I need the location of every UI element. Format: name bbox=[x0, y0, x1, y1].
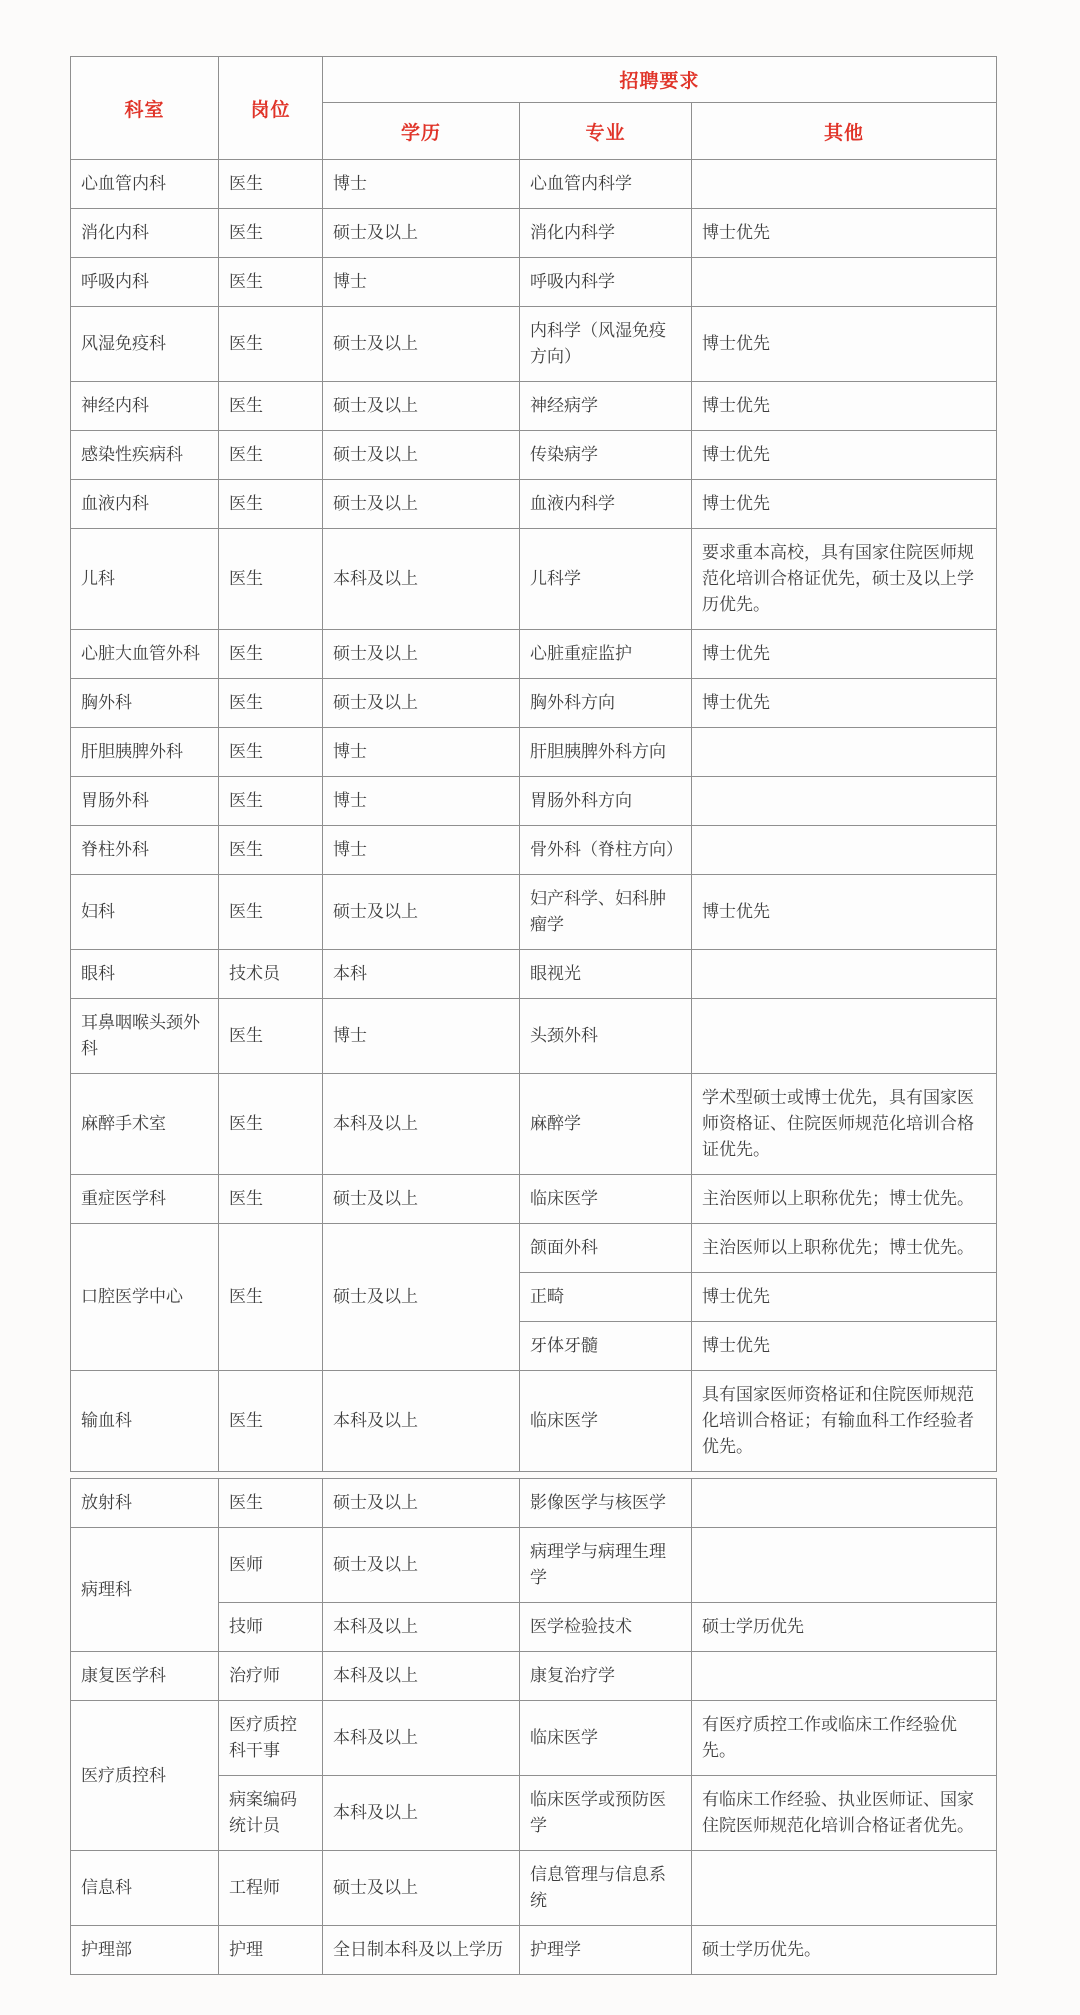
table-cell: 医生 bbox=[219, 382, 323, 431]
table-cell: 医生 bbox=[219, 875, 323, 950]
table-cell: 眼科 bbox=[71, 950, 219, 999]
table-cell: 胸外科方向 bbox=[520, 679, 692, 728]
table-cell: 病理科 bbox=[71, 1528, 219, 1652]
table-cell: 医生 bbox=[219, 1371, 323, 1472]
table-cell: 博士优先 bbox=[692, 679, 997, 728]
table-cell: 博士 bbox=[323, 258, 520, 307]
table-cell: 硕士及以上 bbox=[323, 875, 520, 950]
table-cell: 硕士及以上 bbox=[323, 1175, 520, 1224]
table-row: 重症医学科医生硕士及以上临床医学主治医师以上职称优先；博士优先。 bbox=[71, 1175, 997, 1224]
table-cell: 牙体牙髓 bbox=[520, 1322, 692, 1371]
table-cell: 消化内科 bbox=[71, 209, 219, 258]
table-cell: 护理部 bbox=[71, 1926, 219, 1975]
table-row: 耳鼻咽喉头颈外科医生博士头颈外科 bbox=[71, 999, 997, 1074]
table-cell: 博士 bbox=[323, 826, 520, 875]
table-cell: 博士 bbox=[323, 160, 520, 209]
table-cell: 妇产科学、妇科肿瘤学 bbox=[520, 875, 692, 950]
table-cell: 信息管理与信息系统 bbox=[520, 1851, 692, 1926]
table-cell: 临床医学 bbox=[520, 1175, 692, 1224]
table-cell: 本科及以上 bbox=[323, 529, 520, 630]
table-cell: 医疗质控科 bbox=[71, 1701, 219, 1851]
table-row: 眼科技术员本科眼视光 bbox=[71, 950, 997, 999]
header-other: 其他 bbox=[692, 103, 997, 160]
table-row: 心血管内科医生博士心血管内科学 bbox=[71, 160, 997, 209]
table-cell: 医学检验技术 bbox=[520, 1603, 692, 1652]
table-cell: 硕士及以上 bbox=[323, 1851, 520, 1926]
table-cell: 儿科学 bbox=[520, 529, 692, 630]
table-row: 输血科医生本科及以上临床医学具有国家医师资格证和住院医师规范化培训合格证；有输血… bbox=[71, 1371, 997, 1472]
table-cell: 正畸 bbox=[520, 1273, 692, 1322]
table-cell bbox=[692, 950, 997, 999]
table-cell: 硕士及以上 bbox=[323, 679, 520, 728]
table-cell: 骨外科（脊柱方向） bbox=[520, 826, 692, 875]
table-cell: 心血管内科学 bbox=[520, 160, 692, 209]
table-cell: 博士优先 bbox=[692, 1273, 997, 1322]
table-row: 消化内科医生硕士及以上消化内科学博士优先 bbox=[71, 209, 997, 258]
table-row: 放射科医生硕士及以上影像医学与核医学 bbox=[71, 1479, 997, 1528]
table-cell: 硕士及以上 bbox=[323, 382, 520, 431]
header-requirements-group: 招聘要求 bbox=[323, 57, 997, 103]
table-cell bbox=[692, 1528, 997, 1603]
header-position: 岗位 bbox=[219, 57, 323, 160]
table-header: 科室 岗位 招聘要求 学历 专业 其他 bbox=[71, 57, 997, 160]
table-cell: 肝胆胰脾外科 bbox=[71, 728, 219, 777]
table-cell: 博士优先 bbox=[692, 382, 997, 431]
table-cell: 博士优先 bbox=[692, 431, 997, 480]
table-cell: 医生 bbox=[219, 209, 323, 258]
table-cell: 信息科 bbox=[71, 1851, 219, 1926]
table-row: 血液内科医生硕士及以上血液内科学博士优先 bbox=[71, 480, 997, 529]
table-row: 脊柱外科医生博士骨外科（脊柱方向） bbox=[71, 826, 997, 875]
table-cell: 博士优先 bbox=[692, 630, 997, 679]
table-cell bbox=[692, 826, 997, 875]
table-cell bbox=[692, 1851, 997, 1926]
table-cell: 硕士及以上 bbox=[323, 431, 520, 480]
table-cell: 内科学（风湿免疫方向） bbox=[520, 307, 692, 382]
table-cell: 学术型硕士或博士优先，具有国家医师资格证、住院医师规范化培训合格证优先。 bbox=[692, 1074, 997, 1175]
table-row: 呼吸内科医生博士呼吸内科学 bbox=[71, 258, 997, 307]
table-row: 麻醉手术室医生本科及以上麻醉学学术型硕士或博士优先，具有国家医师资格证、住院医师… bbox=[71, 1074, 997, 1175]
header-education: 学历 bbox=[323, 103, 520, 160]
table-cell: 临床医学 bbox=[520, 1701, 692, 1776]
table-cell: 医生 bbox=[219, 480, 323, 529]
table-cell: 颌面外科 bbox=[520, 1224, 692, 1273]
table-row: 儿科医生本科及以上儿科学要求重本高校，具有国家住院医师规范化培训合格证优先，硕士… bbox=[71, 529, 997, 630]
table-cell: 硕士及以上 bbox=[323, 307, 520, 382]
table-cell: 本科及以上 bbox=[323, 1371, 520, 1472]
table-cell: 临床医学 bbox=[520, 1371, 692, 1472]
table-cell: 医生 bbox=[219, 1479, 323, 1528]
table-cell: 博士优先 bbox=[692, 875, 997, 950]
table-cell: 呼吸内科学 bbox=[520, 258, 692, 307]
table-cell: 本科及以上 bbox=[323, 1701, 520, 1776]
table-cell bbox=[692, 1652, 997, 1701]
table-cell: 技术员 bbox=[219, 950, 323, 999]
table-cell: 医生 bbox=[219, 258, 323, 307]
table-cell: 重症医学科 bbox=[71, 1175, 219, 1224]
table-cell: 耳鼻咽喉头颈外科 bbox=[71, 999, 219, 1074]
table-cell: 心血管内科 bbox=[71, 160, 219, 209]
table-cell: 医师 bbox=[219, 1528, 323, 1603]
table-cell: 要求重本高校，具有国家住院医师规范化培训合格证优先，硕士及以上学历优先。 bbox=[692, 529, 997, 630]
table-row: 胸外科医生硕士及以上胸外科方向博士优先 bbox=[71, 679, 997, 728]
table-cell: 医生 bbox=[219, 999, 323, 1074]
table-cell: 医生 bbox=[219, 826, 323, 875]
table-cell bbox=[692, 777, 997, 826]
table-row: 胃肠外科医生博士胃肠外科方向 bbox=[71, 777, 997, 826]
table-cell: 护理 bbox=[219, 1926, 323, 1975]
table-cell: 眼视光 bbox=[520, 950, 692, 999]
table-cell: 胸外科 bbox=[71, 679, 219, 728]
table-cell: 有临床工作经验、执业医师证、国家住院医师规范化培训合格证者优先。 bbox=[692, 1776, 997, 1851]
table-cell: 硕士学历优先。 bbox=[692, 1926, 997, 1975]
table-cell: 具有国家医师资格证和住院医师规范化培训合格证；有输血科工作经验者优先。 bbox=[692, 1371, 997, 1472]
table-cell: 博士 bbox=[323, 728, 520, 777]
table-cell: 麻醉手术室 bbox=[71, 1074, 219, 1175]
table-cell: 心脏大血管外科 bbox=[71, 630, 219, 679]
table-cell: 风湿免疫科 bbox=[71, 307, 219, 382]
table-row: 感染性疾病科医生硕士及以上传染病学博士优先 bbox=[71, 431, 997, 480]
table-cell: 硕士及以上 bbox=[323, 1528, 520, 1603]
table-cell: 主治医师以上职称优先；博士优先。 bbox=[692, 1224, 997, 1273]
table-cell: 博士优先 bbox=[692, 307, 997, 382]
table-cell bbox=[692, 999, 997, 1074]
table-row: 康复医学科治疗师本科及以上康复治疗学 bbox=[71, 1652, 997, 1701]
table-cell: 医疗质控科干事 bbox=[219, 1701, 323, 1776]
table-cell: 本科 bbox=[323, 950, 520, 999]
table-cell: 神经病学 bbox=[520, 382, 692, 431]
table-cell: 儿科 bbox=[71, 529, 219, 630]
table-cell: 临床医学或预防医学 bbox=[520, 1776, 692, 1851]
recruitment-table-lower: 放射科医生硕士及以上影像医学与核医学病理科医师硕士及以上病理学与病理生理学技师本… bbox=[70, 1478, 997, 1975]
table-cell: 全日制本科及以上学历 bbox=[323, 1926, 520, 1975]
table-cell: 神经内科 bbox=[71, 382, 219, 431]
table-cell: 医生 bbox=[219, 1074, 323, 1175]
table-cell: 博士 bbox=[323, 999, 520, 1074]
table-cell: 博士优先 bbox=[692, 480, 997, 529]
table-row: 护理部护理全日制本科及以上学历护理学硕士学历优先。 bbox=[71, 1926, 997, 1975]
table-cell: 本科及以上 bbox=[323, 1603, 520, 1652]
table-cell: 血液内科 bbox=[71, 480, 219, 529]
table-cell bbox=[692, 258, 997, 307]
table-cell: 口腔医学中心 bbox=[71, 1224, 219, 1371]
table-cell bbox=[692, 1479, 997, 1528]
table-cell: 有医疗质控工作或临床工作经验优先。 bbox=[692, 1701, 997, 1776]
table-cell: 本科及以上 bbox=[323, 1776, 520, 1851]
table-cell: 影像医学与核医学 bbox=[520, 1479, 692, 1528]
table-cell: 医生 bbox=[219, 431, 323, 480]
table-row: 心脏大血管外科医生硕士及以上心脏重症监护博士优先 bbox=[71, 630, 997, 679]
table-cell: 心脏重症监护 bbox=[520, 630, 692, 679]
recruitment-table-main: 科室 岗位 招聘要求 学历 专业 其他 心血管内科医生博士心血管内科学消化内科医… bbox=[70, 56, 997, 1472]
table-cell: 输血科 bbox=[71, 1371, 219, 1472]
table-cell: 硕士及以上 bbox=[323, 1224, 520, 1371]
table-cell: 医生 bbox=[219, 1175, 323, 1224]
recruitment-table-page: 科室 岗位 招聘要求 学历 专业 其他 心血管内科医生博士心血管内科学消化内科医… bbox=[0, 0, 1080, 2015]
table-cell: 硕士及以上 bbox=[323, 480, 520, 529]
table-cell: 治疗师 bbox=[219, 1652, 323, 1701]
table-row: 风湿免疫科医生硕士及以上内科学（风湿免疫方向）博士优先 bbox=[71, 307, 997, 382]
table-cell: 医生 bbox=[219, 630, 323, 679]
table-cell: 医生 bbox=[219, 529, 323, 630]
table-cell: 医生 bbox=[219, 160, 323, 209]
table-row: 病理科医师硕士及以上病理学与病理生理学 bbox=[71, 1528, 997, 1603]
table-cell: 头颈外科 bbox=[520, 999, 692, 1074]
table-cell: 康复治疗学 bbox=[520, 1652, 692, 1701]
table-cell: 胃肠外科 bbox=[71, 777, 219, 826]
table-cell: 病理学与病理生理学 bbox=[520, 1528, 692, 1603]
header-row-group: 科室 岗位 招聘要求 bbox=[71, 57, 997, 103]
table-cell: 肝胆胰脾外科方向 bbox=[520, 728, 692, 777]
table-cell: 医生 bbox=[219, 307, 323, 382]
table-row: 肝胆胰脾外科医生博士肝胆胰脾外科方向 bbox=[71, 728, 997, 777]
table-cell: 消化内科学 bbox=[520, 209, 692, 258]
table-cell bbox=[692, 160, 997, 209]
table-cell: 本科及以上 bbox=[323, 1652, 520, 1701]
header-department: 科室 bbox=[71, 57, 219, 160]
table-row: 口腔医学中心医生硕士及以上颌面外科主治医师以上职称优先；博士优先。 bbox=[71, 1224, 997, 1273]
table-cell: 工程师 bbox=[219, 1851, 323, 1926]
table-cell: 硕士及以上 bbox=[323, 630, 520, 679]
table-row: 妇科医生硕士及以上妇产科学、妇科肿瘤学博士优先 bbox=[71, 875, 997, 950]
table-cell: 主治医师以上职称优先；博士优先。 bbox=[692, 1175, 997, 1224]
table-cell: 康复医学科 bbox=[71, 1652, 219, 1701]
table-cell: 硕士学历优先 bbox=[692, 1603, 997, 1652]
table-cell: 医生 bbox=[219, 1224, 323, 1371]
table-cell: 护理学 bbox=[520, 1926, 692, 1975]
header-major: 专业 bbox=[520, 103, 692, 160]
table-cell: 呼吸内科 bbox=[71, 258, 219, 307]
table-cell: 血液内科学 bbox=[520, 480, 692, 529]
table-cell: 技师 bbox=[219, 1603, 323, 1652]
table-cell: 胃肠外科方向 bbox=[520, 777, 692, 826]
table-cell: 医生 bbox=[219, 777, 323, 826]
table-cell: 硕士及以上 bbox=[323, 1479, 520, 1528]
table-cell: 本科及以上 bbox=[323, 1074, 520, 1175]
table-cell: 医生 bbox=[219, 728, 323, 777]
table-cell: 硕士及以上 bbox=[323, 209, 520, 258]
table-body-lower: 放射科医生硕士及以上影像医学与核医学病理科医师硕士及以上病理学与病理生理学技师本… bbox=[71, 1479, 997, 1975]
table-cell: 脊柱外科 bbox=[71, 826, 219, 875]
table-row: 神经内科医生硕士及以上神经病学博士优先 bbox=[71, 382, 997, 431]
table-cell: 麻醉学 bbox=[520, 1074, 692, 1175]
table-cell: 博士 bbox=[323, 777, 520, 826]
table-cell: 妇科 bbox=[71, 875, 219, 950]
table-cell: 传染病学 bbox=[520, 431, 692, 480]
table-cell bbox=[692, 728, 997, 777]
table-row: 医疗质控科医疗质控科干事本科及以上临床医学有医疗质控工作或临床工作经验优先。 bbox=[71, 1701, 997, 1776]
table-row: 信息科工程师硕士及以上信息管理与信息系统 bbox=[71, 1851, 997, 1926]
table-body-upper: 心血管内科医生博士心血管内科学消化内科医生硕士及以上消化内科学博士优先呼吸内科医… bbox=[71, 160, 997, 1472]
table-cell: 感染性疾病科 bbox=[71, 431, 219, 480]
table-cell: 病案编码统计员 bbox=[219, 1776, 323, 1851]
table-cell: 博士优先 bbox=[692, 1322, 997, 1371]
table-cell: 博士优先 bbox=[692, 209, 997, 258]
table-cell: 放射科 bbox=[71, 1479, 219, 1528]
table-cell: 医生 bbox=[219, 679, 323, 728]
